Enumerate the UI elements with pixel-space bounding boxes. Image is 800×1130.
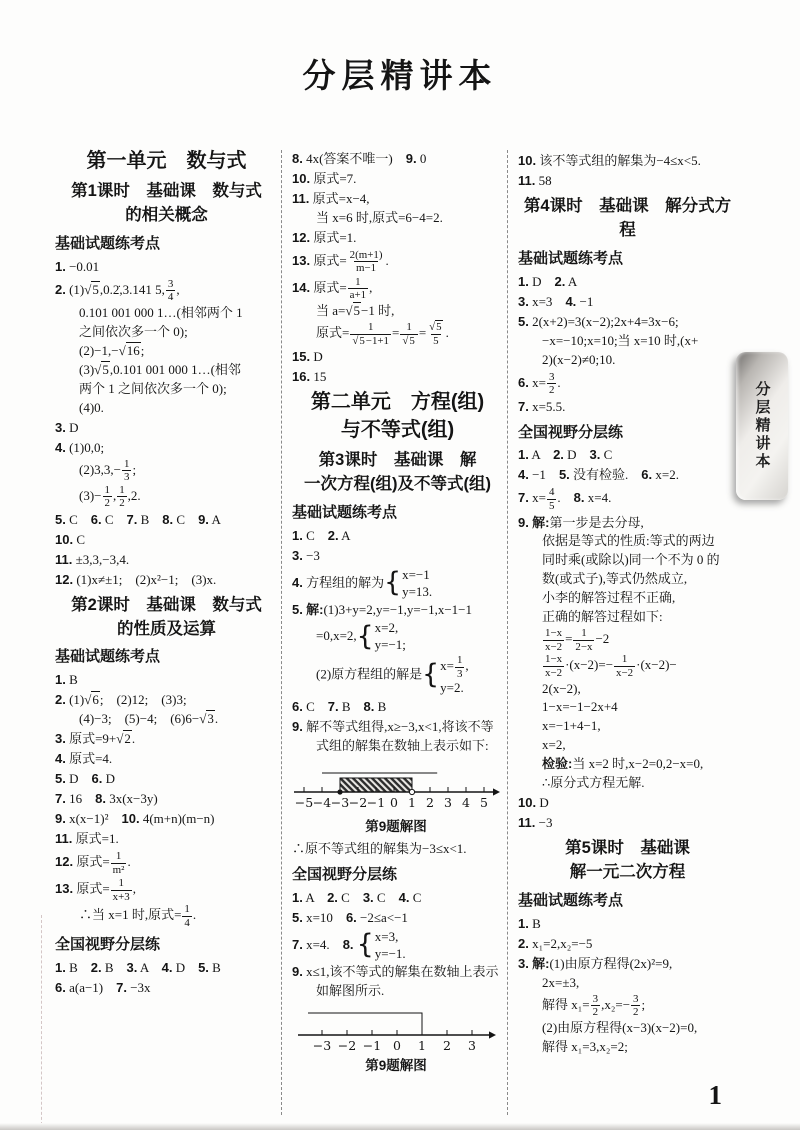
answer-item: 5. 解:(1)3+y=2,y=−1,y=−1,x−1−1=0,x=2,{x=2… — [292, 601, 503, 697]
answer-item: 11. −3 — [518, 814, 737, 833]
answer-item: 2. x₁=2,x₂=−5 — [518, 935, 737, 954]
numberline-axis: −3−2−10123 — [292, 1005, 500, 1055]
answer-item: 6. x=32. — [518, 371, 737, 397]
answer-item: 10. D — [518, 794, 737, 813]
svg-text:3: 3 — [468, 1038, 476, 1053]
answer-item: 3. −3 — [292, 547, 503, 566]
answer-item: 5. C 6. C 7. B 8. C 9. A — [55, 511, 278, 530]
answer-item: 3. x=3 4. −1 — [518, 293, 737, 312]
numberline-diagram: −3−2−10123 — [292, 1005, 503, 1055]
lesson-heading: 第3课时 基础课 解一次方程(组)及不等式(组) — [292, 449, 503, 497]
answer-item: 4. −1 5. 没有检验. 6. x=2. — [518, 466, 737, 485]
answer-item: 11. ±3,3,−3,4. — [55, 551, 278, 570]
answer-item: 12. 原式=1m². — [55, 850, 278, 876]
answer-item: 1. A 2. D 3. C — [518, 446, 737, 465]
svg-text:2: 2 — [426, 795, 434, 810]
answer-item: ∴原不等式组的解集为−3≤x<1. — [292, 840, 503, 859]
svg-text:−5: −5 — [295, 795, 313, 810]
section-heading: 全国视野分层练 — [518, 422, 737, 444]
section-heading: 基础试题练考点 — [292, 502, 503, 524]
answer-item: 5. x=10 6. −2≤a<−1 — [292, 909, 503, 928]
svg-text:1: 1 — [408, 795, 416, 810]
answers-column-left: 第一单元 数与式第1课时 基础课 数与式的相关概念基础试题练考点1. −0.01… — [55, 146, 278, 999]
answer-item: 13. 原式=1x+3,∴当 x=1 时,原式=14. — [55, 877, 278, 929]
answer-item: 13. 原式=2(m+1)m−1. — [292, 249, 503, 275]
answer-item: 2. (1)√6; (2)12; (3)3;(4)−3; (5)−4; (6)6… — [55, 691, 278, 729]
answer-item: 11. 原式=x−4,当 x=6 时,原式=6−4=2. — [292, 190, 503, 228]
answer-item: 1. −0.01 — [55, 258, 278, 277]
answer-item: 12. (1)x≠±1; (2)x²−1; (3)x. — [55, 571, 278, 590]
svg-text:2: 2 — [443, 1038, 451, 1053]
answer-item: 4. 方程组的解为{x=−1y=13. — [292, 567, 503, 601]
answer-item: 10. 原式=7. — [292, 170, 503, 189]
answer-item: 9. 解:第一步是去分母,依据是等式的性质:等式的两边同时乘(或除以)同一个不为… — [518, 514, 737, 794]
section-heading: 基础试题练考点 — [55, 646, 278, 668]
answer-item: 1. B — [518, 915, 737, 934]
answer-item: 1. B 2. B 3. A 4. D 5. B — [55, 959, 278, 978]
section-heading: 全国视野分层练 — [55, 934, 278, 956]
scan-artifact-line — [41, 915, 42, 1130]
scan-edge-shadow — [0, 1123, 800, 1130]
column-divider — [281, 150, 282, 1115]
svg-text:4: 4 — [462, 795, 470, 810]
answer-item: 11. 原式=1. — [55, 830, 278, 849]
numberline-diagram: −5−4−3−2−1012345 — [292, 760, 503, 816]
answer-item: 1. B — [55, 671, 278, 690]
section-heading: 基础试题练考点 — [518, 890, 737, 912]
figure-caption: 第9题解图 — [292, 817, 500, 837]
svg-text:5: 5 — [480, 795, 488, 810]
answer-item: 6. a(a−1) 7. −3x — [55, 979, 278, 998]
book-side-tab: 分层精讲本 — [736, 352, 788, 500]
answer-item: 10. 该不等式组的解集为−4≤x<5. — [518, 152, 737, 171]
answer-item: 1. C 2. A — [292, 527, 503, 546]
answer-item: 6. C 7. B 8. B — [292, 698, 503, 717]
lesson-heading: 第5课时 基础课解一元二次方程 — [518, 837, 737, 885]
svg-text:1: 1 — [418, 1038, 426, 1053]
svg-text:−1: −1 — [363, 1038, 381, 1053]
numberline-axis: −5−4−3−2−1012345 — [292, 760, 500, 816]
answer-item: 3. 原式=9+√2. — [55, 730, 278, 749]
answer-item: 9. x≤1,该不等式的解集在数轴上表示如解图所示. — [292, 963, 503, 1001]
answer-item: 5. 2(x+2)=3(x−2);2x+4=3x−6;−x=−10;x=10;当… — [518, 313, 737, 370]
lesson-heading: 第4课时 基础课 解分式方程 — [518, 195, 737, 243]
unit-heading: 第二单元 方程(组)与不等式(组) — [292, 388, 503, 444]
answer-item: 7. x=45. 8. x=4. — [518, 486, 737, 512]
answer-item: 2. (1)√5,0.2̇,3.141 5,34,0.101 001 000 1… — [55, 278, 278, 418]
svg-text:−4: −4 — [313, 795, 331, 810]
page-title: 分层精讲本 — [0, 50, 800, 97]
answer-item: 11. 58 — [518, 172, 737, 191]
answer-item: 15. D — [292, 348, 503, 367]
answer-item: 3. D — [55, 419, 278, 438]
answer-item: 14. 原式=1a+1,当 a=√5−1 时,原式=1√5−1+1=1√5=√5… — [292, 276, 503, 347]
answer-item: 10. C — [55, 531, 278, 550]
answer-item: 4. (1)0,0;(2)3,3,−13;(3)−12,12,2. — [55, 439, 278, 510]
svg-text:0: 0 — [393, 1038, 401, 1053]
svg-text:−3: −3 — [331, 795, 349, 810]
answer-item: 7. x=5.5. — [518, 398, 737, 417]
answer-item: 1. D 2. A — [518, 273, 737, 292]
answer-item: 5. D 6. D — [55, 770, 278, 789]
answer-item: 1. A 2. C 3. C 4. C — [292, 889, 503, 908]
answer-item: 9. x(x−1)² 10. 4(m+n)(m−n) — [55, 810, 278, 829]
svg-text:−3: −3 — [313, 1038, 331, 1053]
svg-text:0: 0 — [390, 795, 398, 810]
svg-text:−1: −1 — [367, 795, 385, 810]
answer-item: 3. 解:(1)由原方程得(2x)²=9,2x=±3,解得 x₁=32,x₂=−… — [518, 955, 737, 1057]
lesson-heading: 第1课时 基础课 数与式的相关概念 — [55, 180, 278, 228]
figure-caption: 第9题解图 — [292, 1056, 500, 1076]
svg-text:−2: −2 — [349, 795, 367, 810]
answers-column-middle: 8. 4x(答案不唯一) 9. 010. 原式=7.11. 原式=x−4,当 x… — [292, 149, 503, 1079]
answer-item: 8. 4x(答案不唯一) 9. 0 — [292, 150, 503, 169]
side-tab-label: 分层精讲本 — [752, 381, 773, 471]
answer-item: 16. 15 — [292, 368, 503, 387]
unit-heading: 第一单元 数与式 — [55, 147, 278, 175]
section-heading: 基础试题练考点 — [518, 248, 737, 270]
answers-column-right: 10. 该不等式组的解集为−4≤x<5.11. 58第4课时 基础课 解分式方程… — [518, 151, 737, 1058]
section-heading: 基础试题练考点 — [55, 233, 278, 255]
svg-text:3: 3 — [444, 795, 452, 810]
answer-item: 4. 原式=4. — [55, 750, 278, 769]
column-divider — [507, 150, 508, 1115]
workbook-answer-page: { "page": { "title": "分层精讲本", "side_tab"… — [0, 0, 800, 1130]
page-number: 1 — [709, 1080, 723, 1111]
answer-item: 12. 原式=1. — [292, 229, 503, 248]
answer-item: 7. x=4. 8. {x=3,y=−1. — [292, 929, 503, 963]
lesson-heading: 第2课时 基础课 数与式的性质及运算 — [55, 594, 278, 642]
answer-item: 7. 16 8. 3x(x−3y) — [55, 790, 278, 809]
answer-item: 9. 解不等式组得,x≥−3,x<1,将该不等式组的解集在数轴上表示如下: — [292, 718, 503, 756]
svg-text:−2: −2 — [338, 1038, 356, 1053]
section-heading: 全国视野分层练 — [292, 864, 503, 886]
